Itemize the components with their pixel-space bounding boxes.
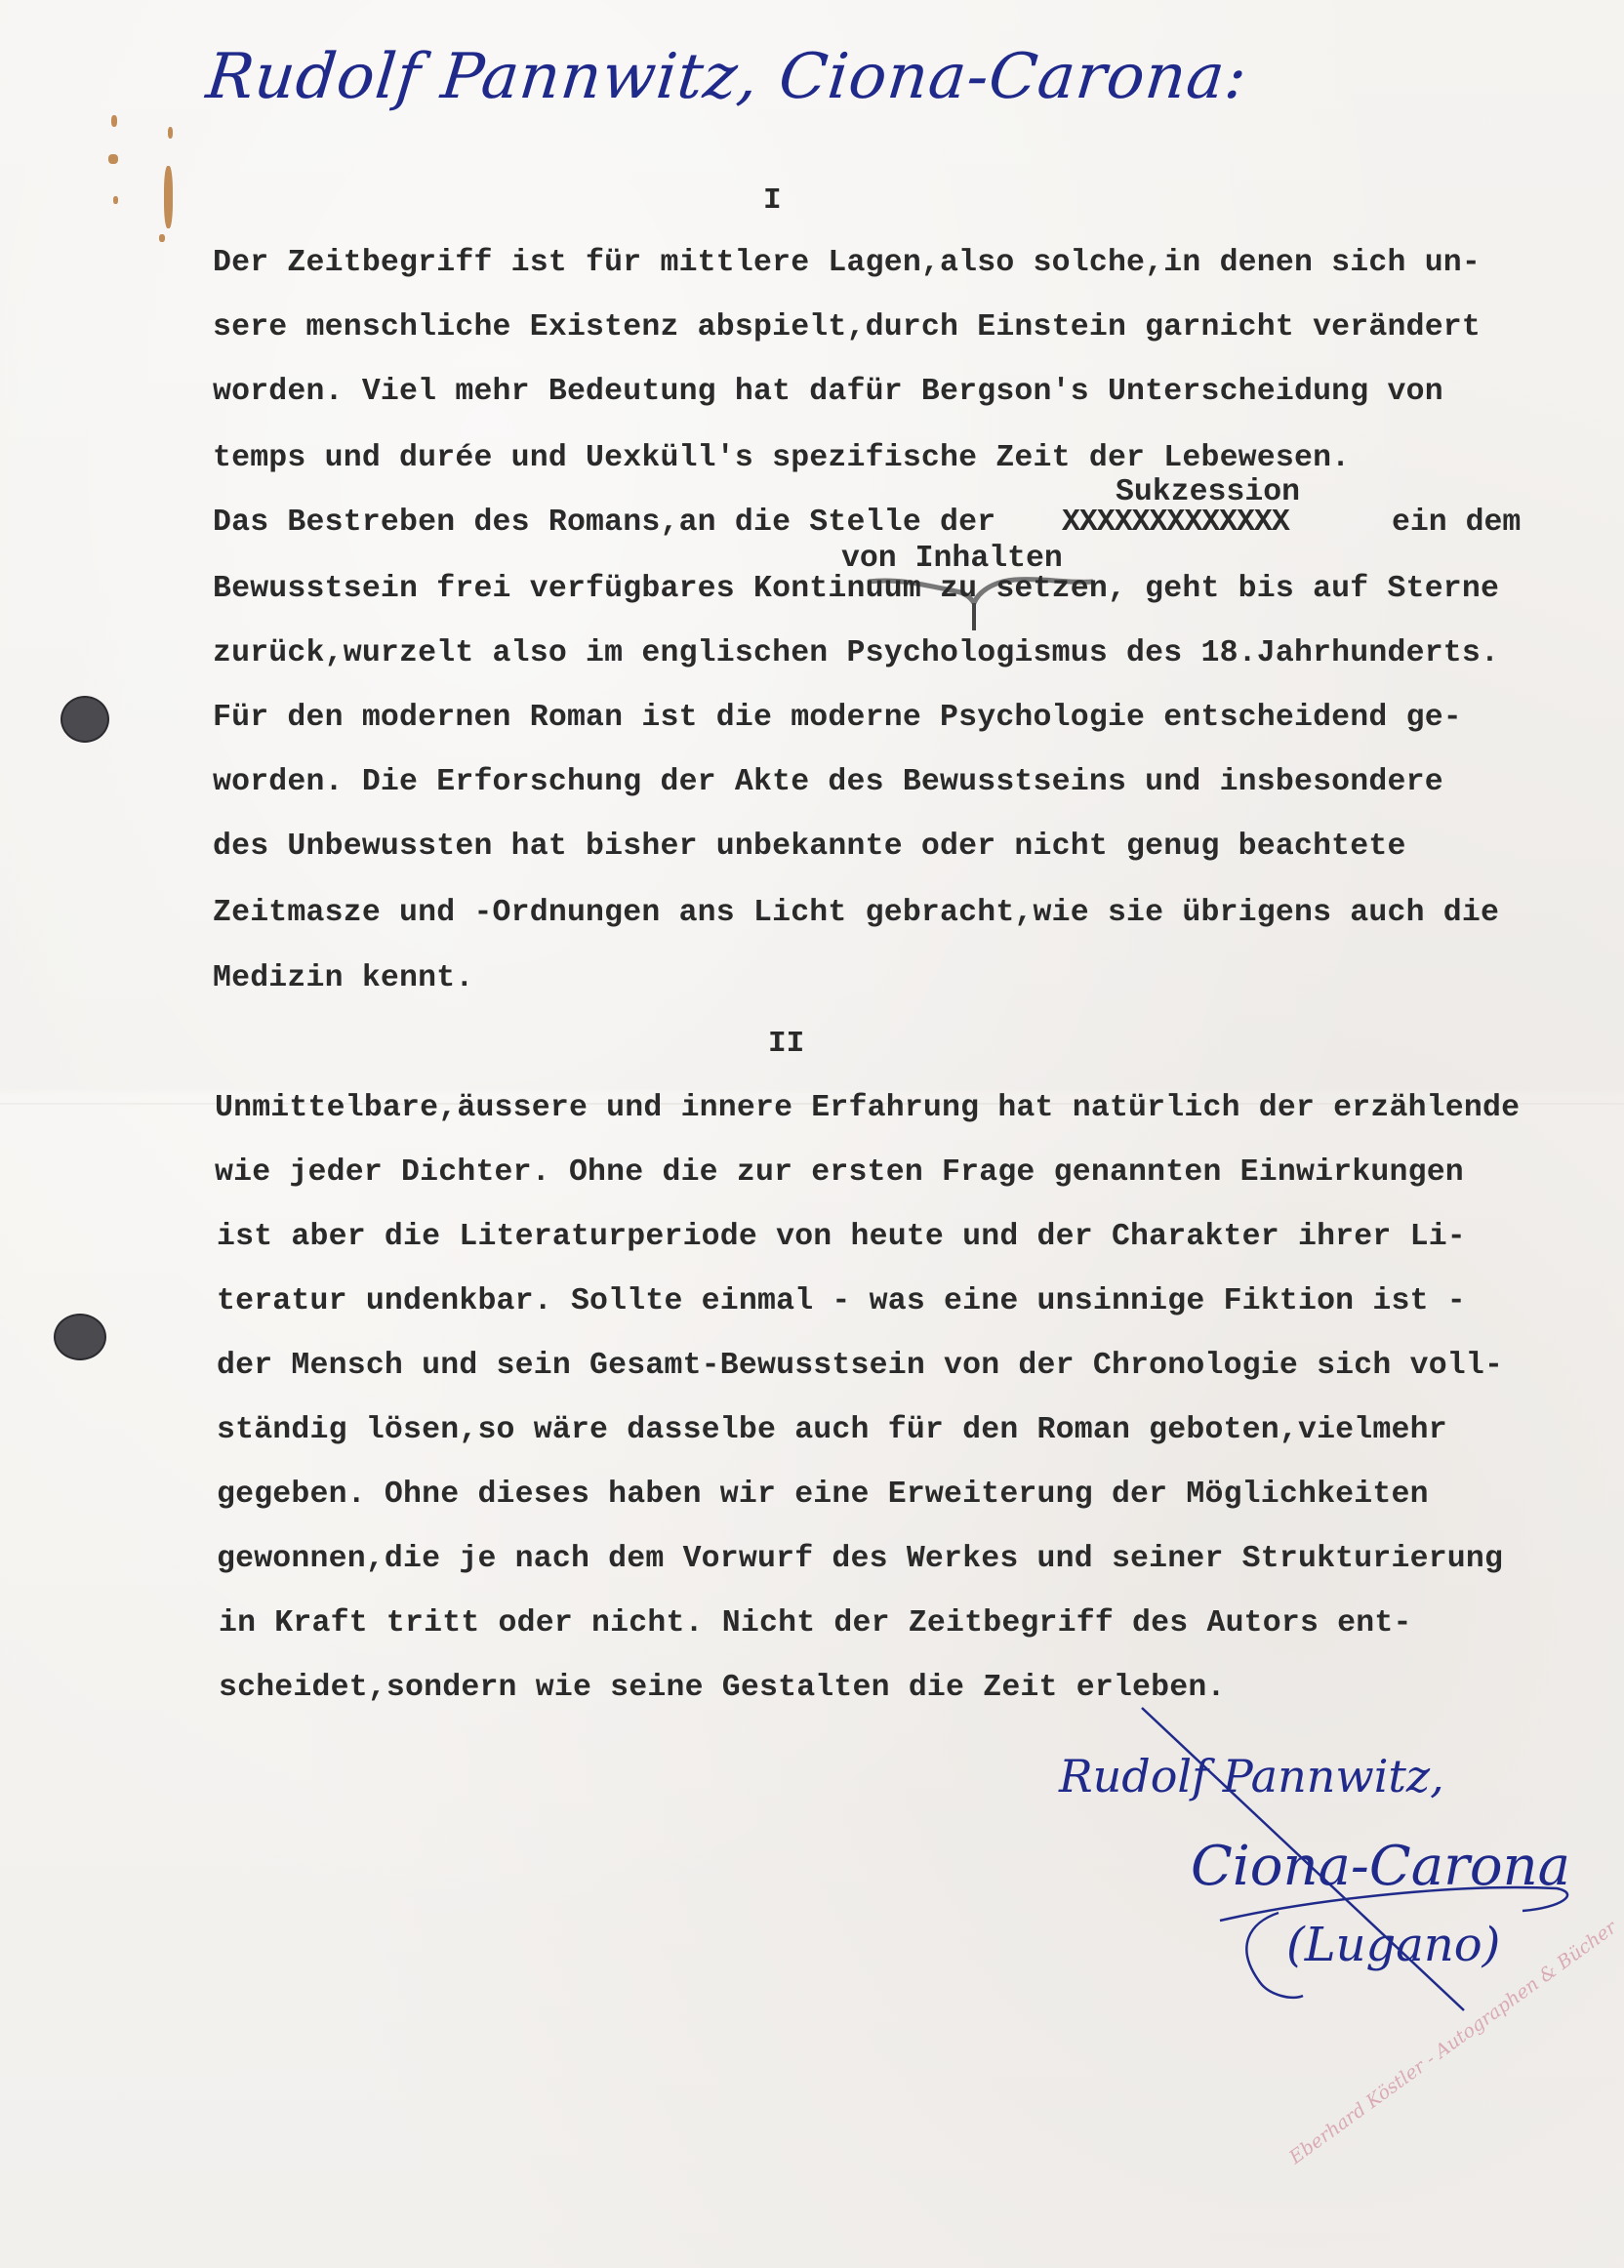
rust-stain: [111, 115, 117, 127]
text-line: worden. Viel mehr Bedeutung hat dafür Be…: [213, 375, 1443, 409]
text-line: Medizin kennt.: [213, 961, 473, 995]
rust-stain: [164, 166, 173, 228]
text-line: ist aber die Literaturperiode von heute …: [217, 1220, 1466, 1254]
text-line: worden. Die Erforschung der Akte des Bew…: [213, 765, 1443, 799]
rust-stain: [168, 127, 173, 139]
handwritten-header: Rudolf Pannwitz, Ciona-Carona:: [203, 41, 1250, 113]
text-line: teratur undenkbar. Sollte einmal - was e…: [217, 1284, 1466, 1318]
struck-out-text: XXXXXXXXXXXXX: [1062, 506, 1289, 540]
text-line-tail: ein dem: [1392, 506, 1521, 540]
text-line: des Unbewussten hat bisher unbekannte od…: [213, 830, 1406, 864]
punch-hole: [61, 696, 109, 743]
typed-insertion-sukzession: Sukzession: [1116, 475, 1300, 509]
text-line: scheidet,sondern wie seine Gestalten die…: [219, 1671, 1226, 1705]
signature-place: Ciona-Carona: [1191, 1835, 1570, 1898]
text-line: Der Zeitbegriff ist für mittlere Lagen,a…: [213, 246, 1481, 280]
section-number-ii: II: [768, 1027, 804, 1061]
text-line: gewonnen,die je nach dem Vorwurf des Wer…: [217, 1542, 1503, 1576]
punch-hole: [54, 1314, 106, 1360]
text-line: der Mensch und sein Gesamt-Bewusstsein v…: [217, 1349, 1503, 1383]
text-line: temps und durée und Uexküll's spezifisch…: [213, 441, 1350, 475]
text-line: sere menschliche Existenz abspielt,durch…: [213, 310, 1481, 344]
rust-stain: [159, 234, 165, 242]
text-line: gegeben. Ohne dieses haben wir eine Erwe…: [217, 1478, 1429, 1512]
text-line: Bewusstsein frei verfügbares Kontinuum z…: [213, 572, 1499, 606]
section-number-i: I: [763, 183, 782, 218]
text-line: Zeitmasze und -Ordnungen ans Licht gebra…: [213, 896, 1499, 930]
text-line: in Kraft tritt oder nicht. Nicht der Zei…: [219, 1606, 1412, 1640]
text-line: Das Bestreben des Romans,an die Stelle d…: [213, 506, 995, 540]
text-line: Unmittelbare,äussere und innere Erfahrun…: [215, 1091, 1520, 1125]
rust-stain: [113, 196, 118, 204]
rust-stain: [108, 154, 118, 164]
typed-insertion-von-inhalten: von Inhalten: [841, 542, 1063, 576]
text-line: zurück,wurzelt also im englischen Psycho…: [213, 636, 1499, 670]
text-line: ständig lösen,so wäre dasselbe auch für …: [217, 1413, 1447, 1447]
text-line: Für den modernen Roman ist die moderne P…: [213, 701, 1462, 735]
text-line: wie jeder Dichter. Ohne die zur ersten F…: [215, 1155, 1464, 1190]
signature-city: (Lugano): [1286, 1918, 1500, 1972]
signature-name: Rudolf Pannwitz,: [1059, 1750, 1444, 1802]
